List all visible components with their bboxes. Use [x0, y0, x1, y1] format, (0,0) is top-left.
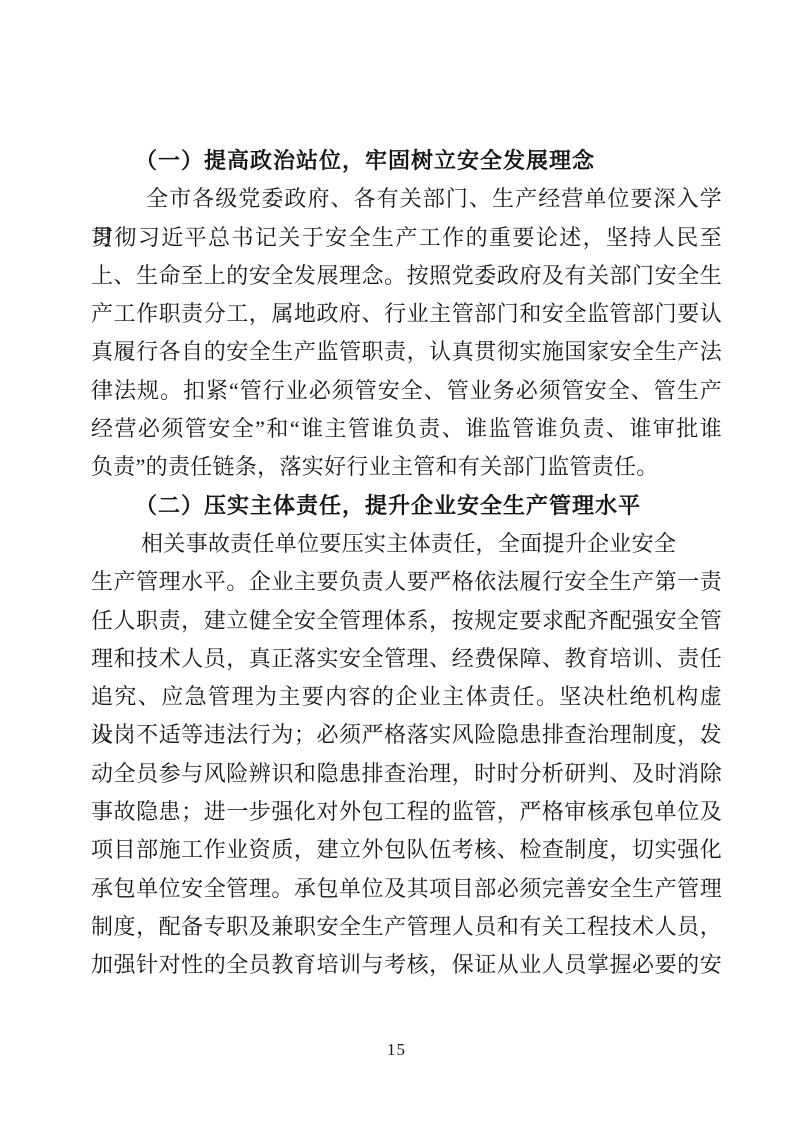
- text-line: 经营必须管安全”和“谁主管谁负责、谁监管谁负责、谁审批谁: [91, 410, 722, 448]
- text-line: 相关事故责任单位要压实主体责任，全面提升企业安全: [91, 525, 722, 563]
- text-line: 人岗不适等违法行为；必须严格落实风险隐患排查治理制度，发: [91, 716, 722, 754]
- text-line: 真履行各自的安全生产监管职责，认真贯彻实施国家安全生产法: [91, 333, 722, 371]
- text-line: 上、生命至上的安全发展理念。按照党委政府及有关部门安全生: [91, 257, 722, 295]
- text-line: 追究、应急管理为主要内容的企业主体责任。坚决杜绝机构虚设、: [91, 678, 722, 716]
- text-line: 动全员参与风险辨识和隐患排查治理，时时分析研判、及时消除: [91, 755, 722, 793]
- section-heading-1: （一）提高政治站位，牢固树立安全发展理念: [91, 142, 722, 180]
- text-line: 律法规。扣紧“管行业必须管安全、管业务必须管安全、管生产: [91, 372, 722, 410]
- text-line: 贯彻习近平总书记关于安全生产工作的重要论述，坚持人民至: [91, 219, 722, 257]
- text-line: 制度，配备专职及兼职安全生产管理人员和有关工程技术人员，: [91, 908, 722, 946]
- text-line: 项目部施工作业资质，建立外包队伍考核、检查制度，切实强化: [91, 831, 722, 869]
- text-line: 理和技术人员，真正落实安全管理、经费保障、教育培训、责任: [91, 640, 722, 678]
- section-heading-2: （二）压实主体责任，提升企业安全生产管理水平: [91, 487, 722, 525]
- text-line: 生产管理水平。企业主要负责人要严格依法履行安全生产第一责: [91, 563, 722, 601]
- text-line: 加强针对性的全员教育培训与考核，保证从业人员掌握必要的安: [91, 946, 722, 984]
- document-body: （一）提高政治站位，牢固树立安全发展理念 全市各级党委政府、各有关部门、生产经营…: [91, 142, 722, 985]
- text-line: 产工作职责分工，属地政府、行业主管部门和安全监管部门要认: [91, 295, 722, 333]
- text-line: 承包单位安全管理。承包单位及其项目部必须完善安全生产管理: [91, 870, 722, 908]
- text-line: 全市各级党委政府、各有关部门、生产经营单位要深入学习: [91, 180, 722, 218]
- page-number: 15: [0, 1038, 793, 1062]
- text-line: 事故隐患；进一步强化对外包工程的监管，严格审核承包单位及: [91, 793, 722, 831]
- document-page: （一）提高政治站位，牢固树立安全发展理念 全市各级党委政府、各有关部门、生产经营…: [0, 0, 793, 1122]
- text-line: 负责”的责任链条，落实好行业主管和有关部门监管责任。: [91, 448, 722, 486]
- text-line: 任人职责，建立健全安全管理体系，按规定要求配齐配强安全管: [91, 602, 722, 640]
